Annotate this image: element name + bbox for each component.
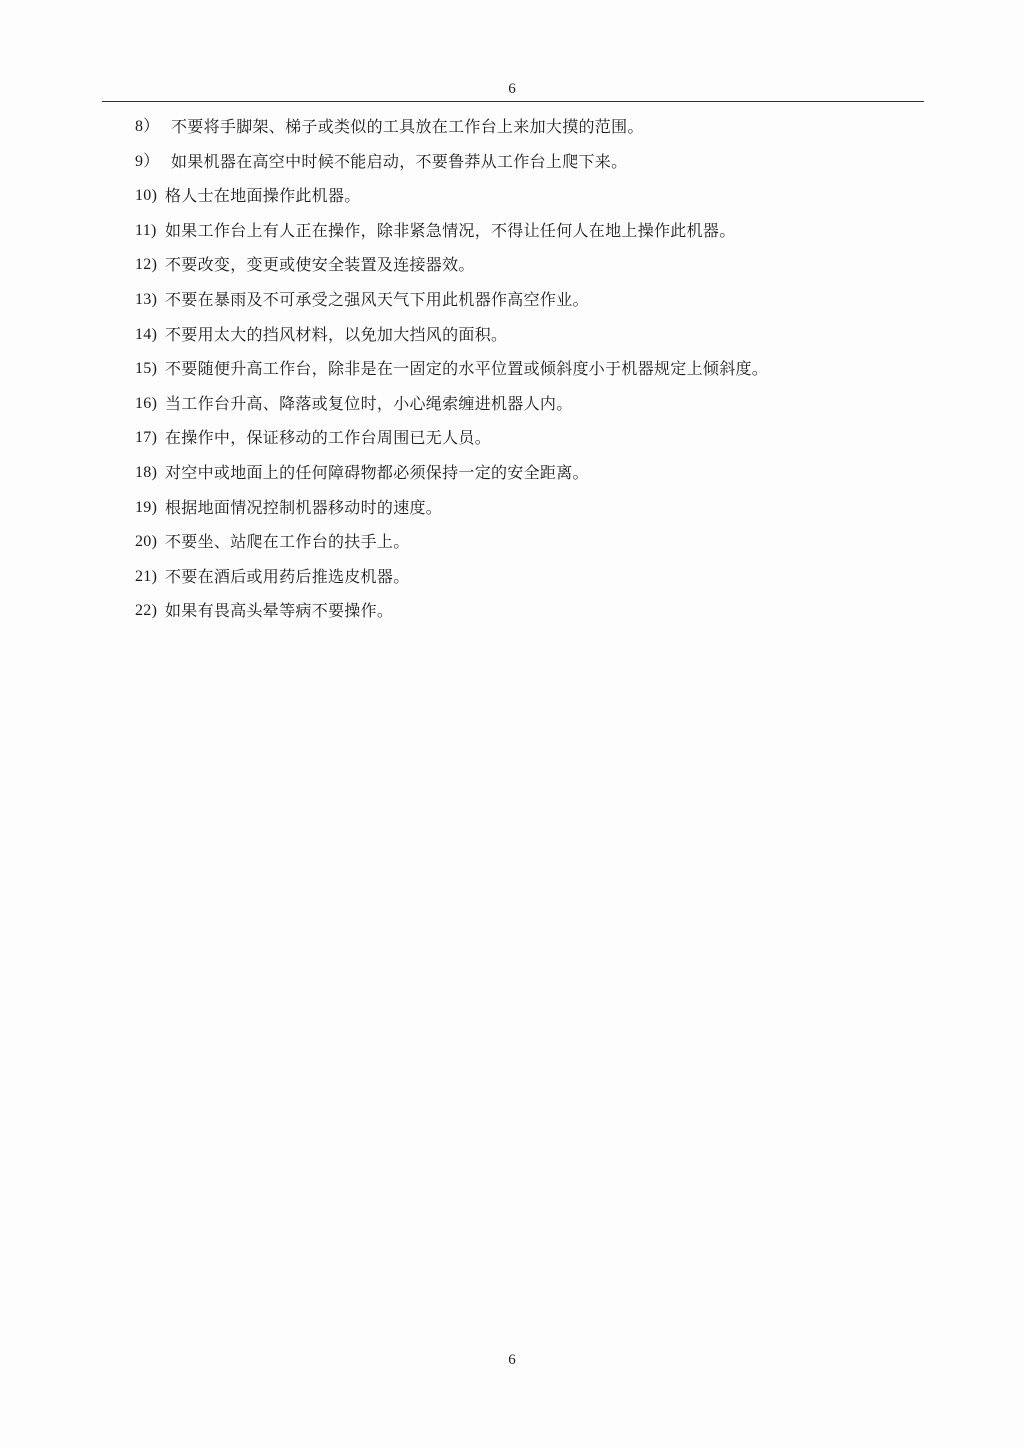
document-page: 6 8） 不要将手脚架、梯子或类似的工具放在工作台上来加大摸的范围。 9） 如果… xyxy=(0,0,1024,1448)
item-number: 15) xyxy=(135,356,165,382)
item-text: 当工作台升高、降落或复位时，小心绳索缠进机器人内。 xyxy=(165,391,573,417)
list-item: 17) 在操作中，保证移动的工作台周围已无人员。 xyxy=(135,425,935,460)
item-number: 12) xyxy=(135,252,165,278)
item-number: 20) xyxy=(135,529,165,555)
item-number: 11) xyxy=(135,218,165,244)
list-item: 8） 不要将手脚架、梯子或类似的工具放在工作台上来加大摸的范围。 xyxy=(135,114,935,149)
item-text: 如果机器在高空中时候不能启动，不要鲁莽从工作台上爬下来。 xyxy=(171,149,627,175)
list-item: 13) 不要在暴雨及不可承受之强风天气下用此机器作高空作业。 xyxy=(135,287,935,322)
item-text: 不要改变，变更或使安全装置及连接器效。 xyxy=(165,252,475,278)
list-item: 9） 如果机器在高空中时候不能启动，不要鲁莽从工作台上爬下来。 xyxy=(135,149,935,184)
footer-page-number: 6 xyxy=(0,1352,1024,1369)
item-text: 不要随便升高工作台，除非是在一固定的水平位置或倾斜度小于机器规定上倾斜度。 xyxy=(165,356,768,382)
item-text: 格人士在地面操作此机器。 xyxy=(165,183,361,209)
item-number: 16) xyxy=(135,391,165,417)
item-number: 10) xyxy=(135,183,165,209)
item-text: 如果工作台上有人正在操作，除非紧急情况，不得让任何人在地上操作此机器。 xyxy=(165,218,736,244)
item-text: 不要在酒后或用药后推选皮机器。 xyxy=(165,564,410,590)
item-text: 根据地面情况控制机器移动时的速度。 xyxy=(165,495,442,521)
item-number: 8） xyxy=(135,114,171,140)
list-item: 21) 不要在酒后或用药后推选皮机器。 xyxy=(135,564,935,599)
item-text: 不要用太大的挡风材料，以免加大挡风的面积。 xyxy=(165,322,507,348)
item-number: 22) xyxy=(135,598,165,624)
list-item: 19) 根据地面情况控制机器移动时的速度。 xyxy=(135,495,935,530)
item-number: 14) xyxy=(135,322,165,348)
item-number: 21) xyxy=(135,564,165,590)
item-text: 不要将手脚架、梯子或类似的工具放在工作台上来加大摸的范围。 xyxy=(171,114,644,140)
list-item: 22) 如果有畏高头晕等病不要操作。 xyxy=(135,598,935,633)
item-number: 13) xyxy=(135,287,165,313)
item-number: 19) xyxy=(135,495,165,521)
list-item: 15) 不要随便升高工作台，除非是在一固定的水平位置或倾斜度小于机器规定上倾斜度… xyxy=(135,356,935,391)
item-number: 17) xyxy=(135,425,165,451)
list-item: 12) 不要改变，变更或使安全装置及连接器效。 xyxy=(135,252,935,287)
safety-rules-list: 8） 不要将手脚架、梯子或类似的工具放在工作台上来加大摸的范围。 9） 如果机器… xyxy=(135,114,935,633)
header-page-number: 6 xyxy=(0,81,1024,98)
header-divider xyxy=(102,101,924,102)
list-item: 20) 不要坐、站爬在工作台的扶手上。 xyxy=(135,529,935,564)
list-item: 14) 不要用太大的挡风材料，以免加大挡风的面积。 xyxy=(135,322,935,357)
item-text: 不要在暴雨及不可承受之强风天气下用此机器作高空作业。 xyxy=(165,287,589,313)
item-text: 如果有畏高头晕等病不要操作。 xyxy=(165,598,393,624)
item-text: 在操作中，保证移动的工作台周围已无人员。 xyxy=(165,425,491,451)
item-number: 9） xyxy=(135,149,171,175)
item-text: 不要坐、站爬在工作台的扶手上。 xyxy=(165,529,410,555)
item-number: 18) xyxy=(135,460,165,486)
list-item: 16) 当工作台升高、降落或复位时，小心绳索缠进机器人内。 xyxy=(135,391,935,426)
list-item: 18) 对空中或地面上的任何障碍物都必须保持一定的安全距离。 xyxy=(135,460,935,495)
list-item: 10) 格人士在地面操作此机器。 xyxy=(135,183,935,218)
list-item: 11) 如果工作台上有人正在操作，除非紧急情况，不得让任何人在地上操作此机器。 xyxy=(135,218,935,253)
item-text: 对空中或地面上的任何障碍物都必须保持一定的安全距离。 xyxy=(165,460,589,486)
